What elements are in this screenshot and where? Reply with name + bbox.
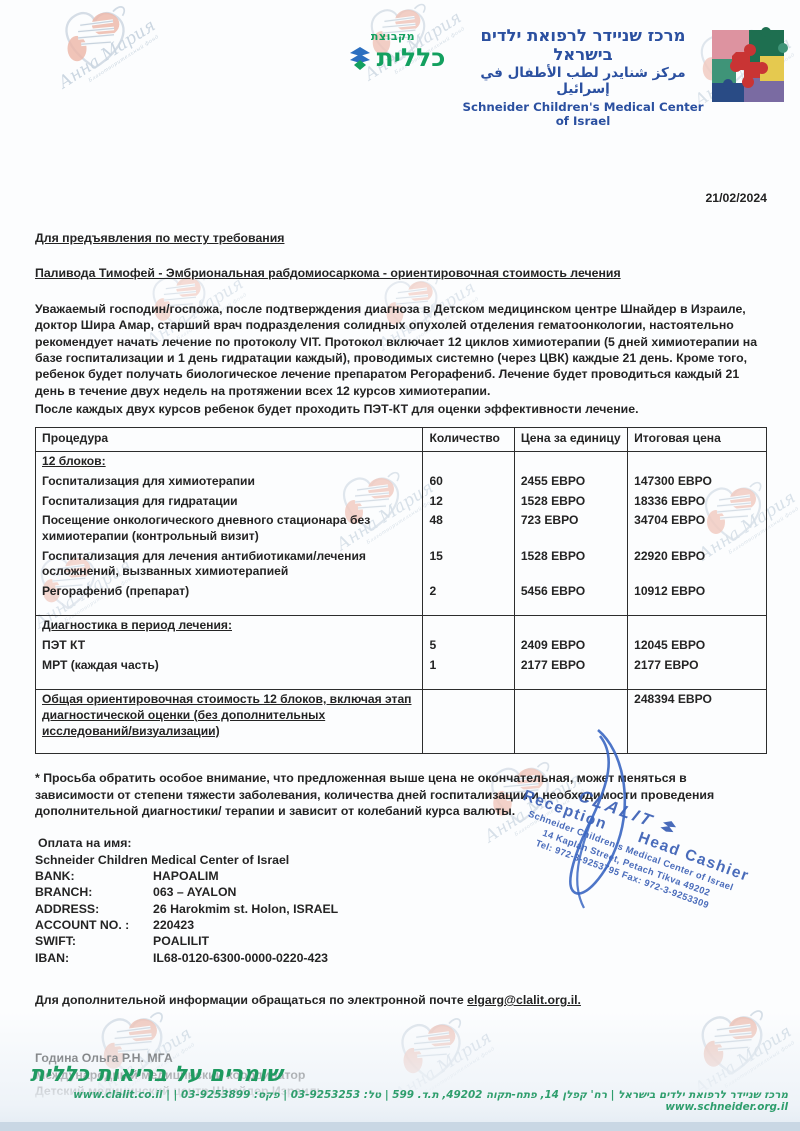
payment-field: BRANCH: 063 – AYALON: [35, 884, 767, 900]
table-spacer-row: [36, 602, 767, 616]
procedure-name: Регорафениб (препарат): [36, 582, 423, 602]
payment-field-value: HAPOALIM: [153, 868, 219, 884]
grand-total-value: 248394 ЕВРО: [628, 690, 767, 754]
payment-field: SWIFT: POALILIT: [35, 933, 767, 949]
payment-field-label: ADDRESS:: [35, 901, 153, 917]
table-spacer-row: [36, 676, 767, 690]
procedure-qty: 2: [423, 582, 514, 602]
table-row: МРТ (каждая часть) 1 2177 ЕВРО 2177 ЕВРО: [36, 656, 767, 676]
footer-tagline-hebrew: שומרים על בריאות כללית: [30, 1062, 282, 1087]
procedure-total-price: 12045 ЕВРО: [628, 636, 767, 656]
procedure-name: Госпитализация для химиотерапии: [36, 472, 423, 492]
procedure-unit-price: 723 ЕВРО: [514, 511, 627, 546]
hospital-titles: מרכז שניידר לרפואת ילדים בישראל مركز شنا…: [462, 26, 704, 128]
hospital-title-arabic: مركز شنايدر لطب الأطفال في إسرائيل: [462, 65, 704, 97]
payment-field-value: 26 Harokmim st. Holon, ISRAEL: [153, 901, 338, 917]
footer-contact-info: מרכז שניידר לרפואת ילדים בישראל | רח' קפ…: [0, 1089, 800, 1113]
clalit-logo: מקבוצת כללית: [336, 30, 456, 72]
group-title: 12 блоков:: [42, 454, 106, 468]
clalit-symbol-icon: [347, 45, 373, 71]
page-footer: שומרים על בריאות כללית מרכז שניידר לרפוא…: [0, 1011, 800, 1131]
col-procedure: Процедура: [36, 428, 423, 452]
group-header-row: 12 блоков:: [36, 452, 767, 472]
contact-email-link[interactable]: elgarg@clalit.org.il.: [467, 993, 581, 1007]
payment-field: IBAN: IL68-0120-6300-0000-0220-423: [35, 950, 767, 966]
patient-diagnosis-heading: Паливода Тимофей - Эмбриональная рабдоми…: [35, 265, 767, 281]
clalit-logo-text: כללית: [377, 43, 446, 72]
table-row: ПЭТ КТ 5 2409 ЕВРО 12045 ЕВРО: [36, 636, 767, 656]
procedure-total-price: 10912 ЕВРО: [628, 582, 767, 602]
grand-total-row: Общая ориентировочная стоимость 12 блоко…: [36, 690, 767, 754]
intro-paragraph: Уважаемый господин/госпожа, после подтве…: [35, 301, 767, 399]
procedure-qty: 48: [423, 511, 514, 546]
col-unit-price: Цена за единицу: [514, 428, 627, 452]
procedure-name: МРТ (каждая часть): [36, 656, 423, 676]
procedure-qty: 15: [423, 547, 514, 582]
payment-field-value: 220423: [153, 917, 194, 933]
payment-field-value: 063 – AYALON: [153, 884, 236, 900]
payment-title: Оплата на имя:: [35, 835, 767, 851]
procedure-total-price: 2177 ЕВРО: [628, 656, 767, 676]
payment-field: ADDRESS: 26 Harokmim st. Holon, ISRAEL: [35, 901, 767, 917]
table-row: Посещение онкологического дневного стаци…: [36, 511, 767, 546]
cost-estimate-table: Процедура Количество Цена за единицу Ито…: [35, 427, 767, 754]
procedure-total-price: 22920 ЕВРО: [628, 547, 767, 582]
scan-edge-strip: [0, 1122, 800, 1131]
payment-field-value: IL68-0120-6300-0000-0220-423: [153, 950, 328, 966]
procedure-name: ПЭТ КТ: [36, 636, 423, 656]
procedure-name: Госпитализация для лечения антибиотиками…: [36, 547, 423, 582]
payment-field-label: BRANCH:: [35, 884, 153, 900]
group-header-row: Диагностика в период лечения:: [36, 616, 767, 636]
payment-field-label: SWIFT:: [35, 933, 153, 949]
pet-ct-sentence: После каждых двух курсов ребенок будет п…: [35, 401, 767, 417]
procedure-unit-price: 1528 ЕВРО: [514, 547, 627, 582]
procedure-unit-price: 2409 ЕВРО: [514, 636, 627, 656]
procedure-name: Госпитализация для гидратации: [36, 492, 423, 512]
table-row: Госпитализация для лечения антибиотиками…: [36, 547, 767, 582]
disclaimer-note: * Просьба обратить особое внимание, что …: [35, 770, 767, 819]
scanned-document-page: Анна МарияБлаготворительный фонд Анна Ма…: [0, 0, 800, 1131]
payment-field: BANK: HAPOALIM: [35, 868, 767, 884]
table-row: Госпитализация для химиотерапии 60 2455 …: [36, 472, 767, 492]
hospital-title-english: Schneider Children's Medical Center of I…: [462, 100, 704, 128]
procedure-total-price: 147300 ЕВРО: [628, 472, 767, 492]
payment-beneficiary: Schneider Children Medical Center of Isr…: [35, 852, 767, 868]
payment-field-label: IBAN:: [35, 950, 153, 966]
letterhead: מקבוצת כללית מרכז שניידר לרפואת ילדים בי…: [0, 14, 800, 114]
payment-details: Оплата на имя: Schneider Children Medica…: [35, 835, 767, 966]
payment-field-value: POALILIT: [153, 933, 209, 949]
procedure-total-price: 18336 ЕВРО: [628, 492, 767, 512]
procedure-qty: 60: [423, 472, 514, 492]
col-total-price: Итоговая цена: [628, 428, 767, 452]
table-row: Регорафениб (препарат) 2 5456 ЕВРО 10912…: [36, 582, 767, 602]
procedure-unit-price: 2177 ЕВРО: [514, 656, 627, 676]
col-quantity: Количество: [423, 428, 514, 452]
payment-field-label: ACCOUNT NO. :: [35, 917, 153, 933]
contact-line: Для дополнительной информации обращаться…: [35, 992, 767, 1008]
procedure-qty: 5: [423, 636, 514, 656]
document-body: 21/02/2024 Для предъявления по месту тре…: [35, 190, 767, 1099]
clalit-group-label: מקבוצת: [336, 30, 456, 43]
table-header-row: Процедура Количество Цена за единицу Ито…: [36, 428, 767, 452]
procedure-unit-price: 2455 ЕВРО: [514, 472, 627, 492]
procedure-unit-price: 5456 ЕВРО: [514, 582, 627, 602]
payment-field: ACCOUNT NO. : 220423: [35, 917, 767, 933]
payment-field-label: BANK:: [35, 868, 153, 884]
procedure-unit-price: 1528 ЕВРО: [514, 492, 627, 512]
group-title: Диагностика в период лечения:: [42, 618, 232, 632]
grand-total-label: Общая ориентировочная стоимость 12 блоко…: [42, 692, 412, 737]
presentation-heading: Для предъявления по месту требования: [35, 230, 767, 246]
table-row: Госпитализация для гидратации 12 1528 ЕВ…: [36, 492, 767, 512]
hospital-title-hebrew: מרכז שניידר לרפואת ילדים בישראל: [462, 26, 704, 64]
procedure-qty: 12: [423, 492, 514, 512]
procedure-qty: 1: [423, 656, 514, 676]
procedure-name: Посещение онкологического дневного стаци…: [36, 511, 423, 546]
puzzle-logo-icon: [708, 26, 788, 106]
document-date: 21/02/2024: [35, 190, 767, 206]
contact-text: Для дополнительной информации обращаться…: [35, 993, 464, 1007]
procedure-total-price: 34704 ЕВРО: [628, 511, 767, 546]
